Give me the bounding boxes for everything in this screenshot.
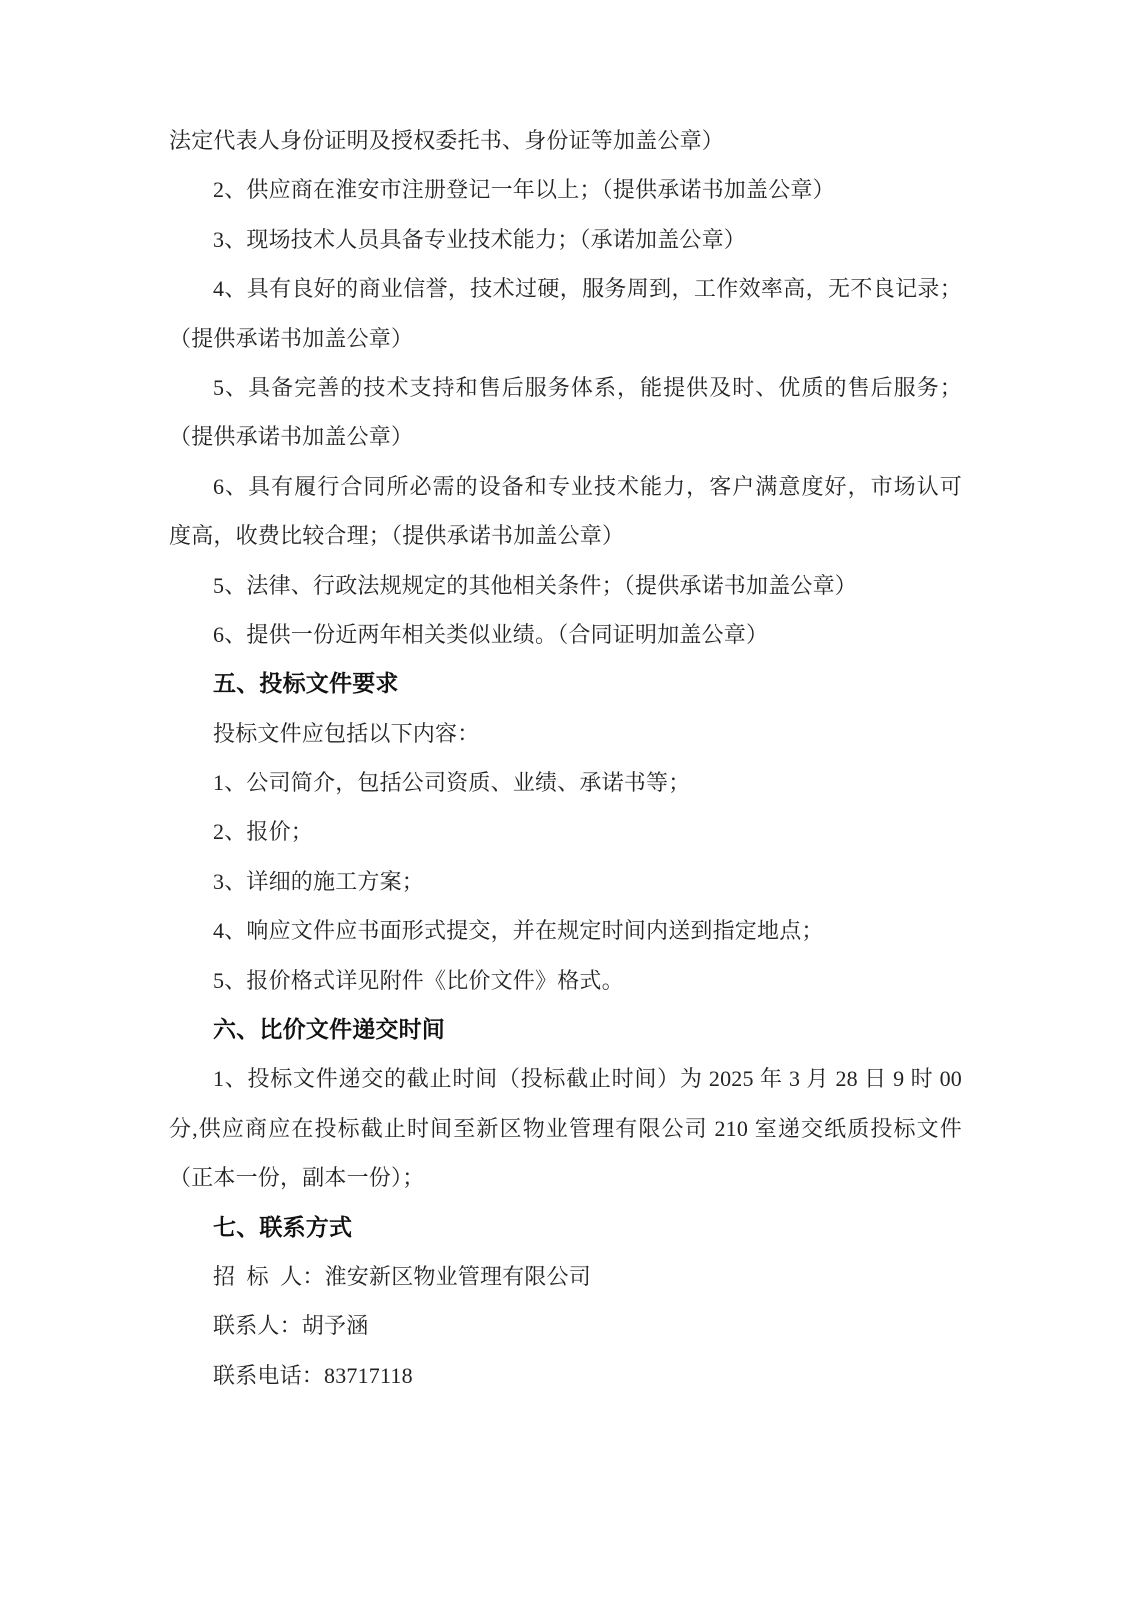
bid-document-item-3: 3、详细的施工方案； <box>169 857 962 906</box>
qualification-item-other-laws: 5、法律、行政法规规定的其他相关条件；（提供承诺书加盖公章） <box>169 561 962 610</box>
qualification-item-5-line-1: 5、具备完善的技术支持和售后服务体系，能提供及时、优质的售后服务； <box>169 363 962 412</box>
bid-document-item-4: 4、响应文件应书面形式提交，并在规定时间内送到指定地点； <box>169 906 962 955</box>
document-page: 法定代表人身份证明及授权委托书、身份证等加盖公章） 2、供应商在淮安市注册登记一… <box>0 0 1131 1600</box>
qualification-item-5-line-2: （提供承诺书加盖公章） <box>169 412 962 461</box>
contact-phone-line: 联系电话：83717118 <box>169 1351 962 1400</box>
section-6-heading: 六、比价文件递交时间 <box>169 1005 962 1054</box>
qualification-item-3: 3、现场技术人员具备专业技术能力；（承诺加盖公章） <box>169 215 962 264</box>
deadline-paragraph-line-1: 1、投标文件递交的截止时间（投标截止时间）为 2025 年 3 月 28 日 9… <box>169 1054 962 1103</box>
qualification-item-4-line-2: （提供承诺书加盖公章） <box>169 314 962 363</box>
qualification-item-4-line-1: 4、具有良好的商业信誉，技术过硬，服务周到，工作效率高，无不良记录； <box>169 264 962 313</box>
qualification-item-6-line-2: 度高，收费比较合理；（提供承诺书加盖公章） <box>169 511 962 560</box>
section-5-heading: 五、投标文件要求 <box>169 659 962 708</box>
section-5-intro: 投标文件应包括以下内容： <box>169 709 962 758</box>
contact-tenderer-line: 招 标 人：淮安新区物业管理有限公司 <box>169 1252 962 1301</box>
bid-document-item-5: 5、报价格式详见附件《比价文件》格式。 <box>169 956 962 1005</box>
qualification-item-2: 2、供应商在淮安市注册登记一年以上；（提供承诺书加盖公章） <box>169 165 962 214</box>
contact-person-line: 联系人：胡予涵 <box>169 1301 962 1350</box>
section-7-heading: 七、联系方式 <box>169 1203 962 1252</box>
qualification-item-performance: 6、提供一份近两年相关类似业绩。（合同证明加盖公章） <box>169 610 962 659</box>
document-text-block: 法定代表人身份证明及授权委托书、身份证等加盖公章） 2、供应商在淮安市注册登记一… <box>169 116 962 1400</box>
legal-rep-continuation-line: 法定代表人身份证明及授权委托书、身份证等加盖公章） <box>169 116 962 165</box>
qualification-item-6-line-1: 6、具有履行合同所必需的设备和专业技术能力，客户满意度好，市场认可 <box>169 462 962 511</box>
deadline-paragraph-line-3: （正本一份，副本一份）； <box>169 1153 962 1202</box>
bid-document-item-2: 2、报价； <box>169 807 962 856</box>
deadline-paragraph-line-2: 分,供应商应在投标截止时间至新区物业管理有限公司 210 室递交纸质投标文件 <box>169 1104 962 1153</box>
bid-document-item-1: 1、公司简介，包括公司资质、业绩、承诺书等； <box>169 758 962 807</box>
